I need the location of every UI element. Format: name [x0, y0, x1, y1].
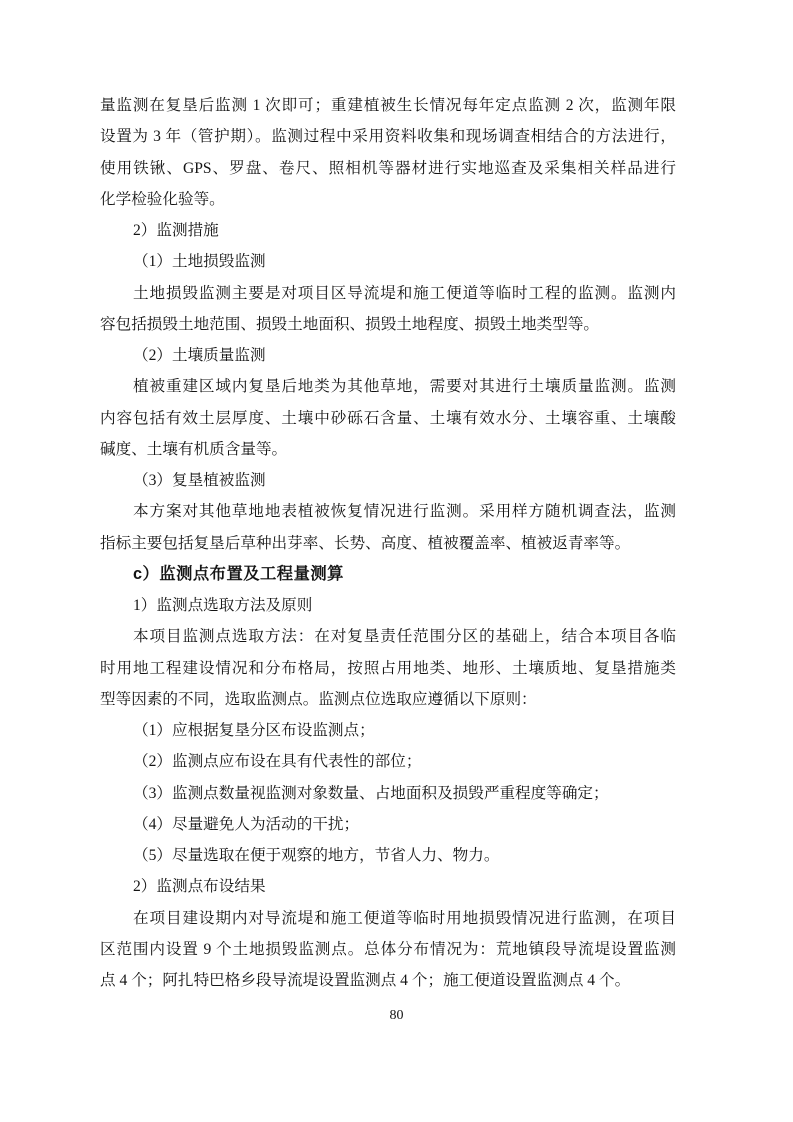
sub-heading-line: 1）监测点选取方法及原则 — [100, 590, 676, 621]
body-text-line: 点 4 个；阿扎特巴格乡段导流堤设置监测点 4 个；施工便道设置监测点 4 个。 — [100, 965, 676, 996]
principle-item-line: （5）尽量选取在便于观察的地方，节省人力、物力。 — [100, 840, 676, 871]
body-text-line: 化学检验化验等。 — [100, 184, 676, 215]
sub-heading-line: 2）监测措施 — [100, 215, 676, 246]
principle-item-line: （2）监测点应布设在具有代表性的部位； — [100, 746, 676, 777]
body-text-line: 设置为 3 年（管护期）。监测过程中采用资料收集和现场调查相结合的方法进行， — [100, 121, 676, 152]
body-text-line: 指标主要包括复垦后草种出芽率、长势、高度、植被覆盖率、植被返青率等。 — [100, 528, 676, 559]
item-heading-line: （2）土壤质量监测 — [100, 340, 676, 371]
item-heading-line: （1）土地损毁监测 — [100, 246, 676, 277]
principle-item-line: （4）尽量避免人为活动的干扰； — [100, 809, 676, 840]
item-heading-line: （3）复垦植被监测 — [100, 465, 676, 496]
principle-item-line: （1）应根据复垦分区布设监测点； — [100, 715, 676, 746]
body-text-line: 土地损毁监测主要是对项目区导流堤和施工便道等临时工程的监测。监测内 — [100, 278, 676, 309]
sub-heading-line: 2）监测点布设结果 — [100, 871, 676, 902]
body-text-line: 区范围内设置 9 个土地损毁监测点。总体分布情况为：荒地镇段导流堤设置监测 — [100, 934, 676, 965]
body-text-line: 时用地工程建设情况和分布格局，按照占用地类、地形、土壤质地、复垦措施类 — [100, 653, 676, 684]
body-text-line: 使用铁锹、GPS、罗盘、卷尺、照相机等器材进行实地巡查及采集相关样品进行 — [100, 153, 676, 184]
body-text-line: 植被重建区域内复垦后地类为其他草地，需要对其进行土壤质量监测。监测 — [100, 371, 676, 402]
body-text-line: 本方案对其他草地地表植被恢复情况进行监测。采用样方随机调查法，监测 — [100, 496, 676, 527]
body-text-line: 量监测在复垦后监测 1 次即可；重建植被生长情况每年定点监测 2 次，监测年限 — [100, 90, 676, 121]
body-text-line: 本项目监测点选取方法：在对复垦责任范围分区的基础上，结合本项目各临 — [100, 621, 676, 652]
document-page: 量监测在复垦后监测 1 次即可；重建植被生长情况每年定点监测 2 次，监测年限 … — [0, 0, 793, 1122]
page-number: 80 — [0, 1004, 793, 1028]
principle-item-line: （3）监测点数量视监测对象数量、占地面积及损毁严重程度等确定； — [100, 778, 676, 809]
body-text-line: 碱度、土壤有机质含量等。 — [100, 434, 676, 465]
body-text-line: 型等因素的不同，选取监测点。监测点位选取应遵循以下原则： — [100, 684, 676, 715]
body-text-line: 内容包括有效土层厚度、土壤中砂砾石含量、土壤有效水分、土壤容重、土壤酸 — [100, 403, 676, 434]
body-text-line: 在项目建设期内对导流堤和施工便道等临时用地损毁情况进行监测，在项目 — [100, 903, 676, 934]
section-heading: c）监测点布置及工程量测算 — [100, 559, 676, 590]
body-text-line: 容包括损毁土地范围、损毁土地面积、损毁土地程度、损毁土地类型等。 — [100, 309, 676, 340]
document-body: 量监测在复垦后监测 1 次即可；重建植被生长情况每年定点监测 2 次，监测年限 … — [100, 90, 676, 996]
